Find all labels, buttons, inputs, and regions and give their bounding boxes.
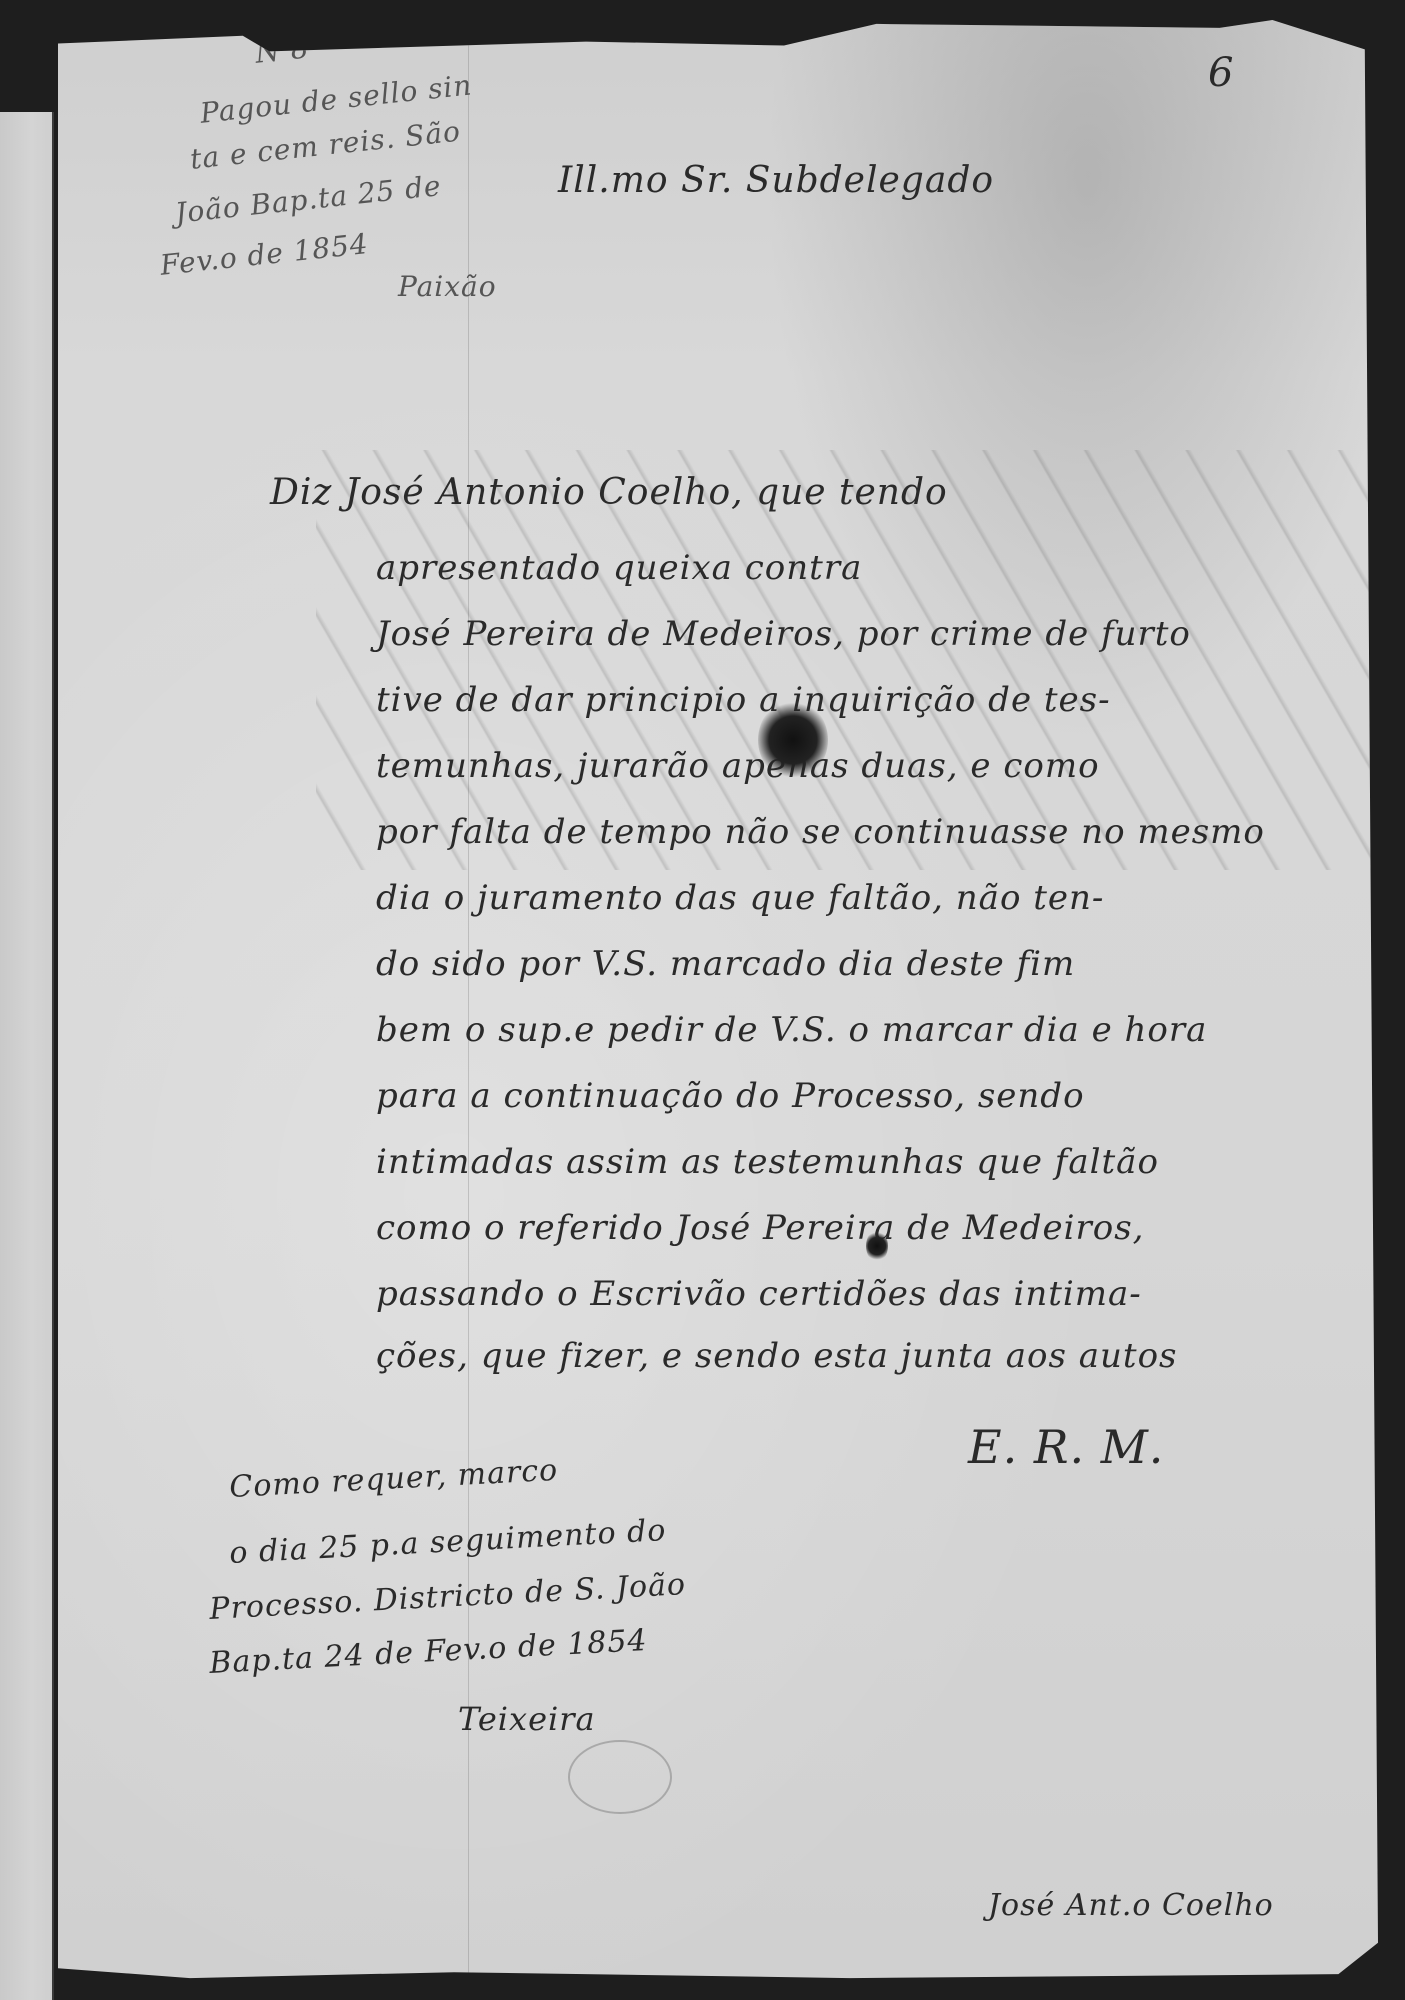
document-sheet: N 8 Pagou de sello sin ta e cem reis. Sã… — [58, 20, 1378, 1982]
body-line: dia o juramento das que faltão, não ten- — [376, 878, 1104, 918]
body-line: para a continuação do Processo, sendo — [376, 1076, 1085, 1116]
body-line: ções, que fizer, e sendo esta junta aos … — [376, 1336, 1177, 1376]
body-line: apresentado queixa contra — [376, 548, 862, 588]
body-line: Diz José Antonio Coelho, que tendo — [270, 472, 948, 513]
margin-initial: Paixão — [398, 270, 497, 303]
backing-page — [0, 112, 54, 2000]
fold-line — [468, 20, 469, 1982]
body-line: como o referido José Pereira de Medeiros… — [376, 1208, 1144, 1248]
ink-bleedthrough — [316, 450, 1405, 870]
body-line: passando o Escrivão certidões das intima… — [376, 1274, 1142, 1314]
despacho-line: Como requer, marco — [228, 1443, 560, 1516]
despacho-signature: Teixeira — [458, 1700, 596, 1738]
salutation: Ill.mo Sr. Subdelegado — [558, 160, 994, 201]
ink-blot — [758, 700, 828, 780]
body-line: bem o sup.e pedir de V.S. o marcar dia e… — [376, 1010, 1207, 1050]
body-line: por falta de tempo não se continuasse no… — [376, 812, 1265, 852]
margin-reference: N 8 — [253, 26, 312, 75]
ink-blot — [866, 1230, 888, 1262]
body-line: tive de dar principio a inquirição de te… — [376, 680, 1111, 720]
body-line: José Pereira de Medeiros, por crime de f… — [376, 614, 1191, 654]
folio-number: 6 — [1208, 50, 1234, 96]
body-line: do sido por V.S. marcado dia deste fim — [376, 944, 1075, 984]
closing-formula: E. R. M. — [968, 1420, 1164, 1474]
body-line: temunhas, jurarão apenas duas, e como — [376, 746, 1100, 786]
petitioner-signature: José Ant.o Coelho — [988, 1888, 1274, 1923]
body-line: intimadas assim as testemunhas que faltã… — [376, 1142, 1159, 1182]
seal-stamp — [568, 1740, 672, 1814]
